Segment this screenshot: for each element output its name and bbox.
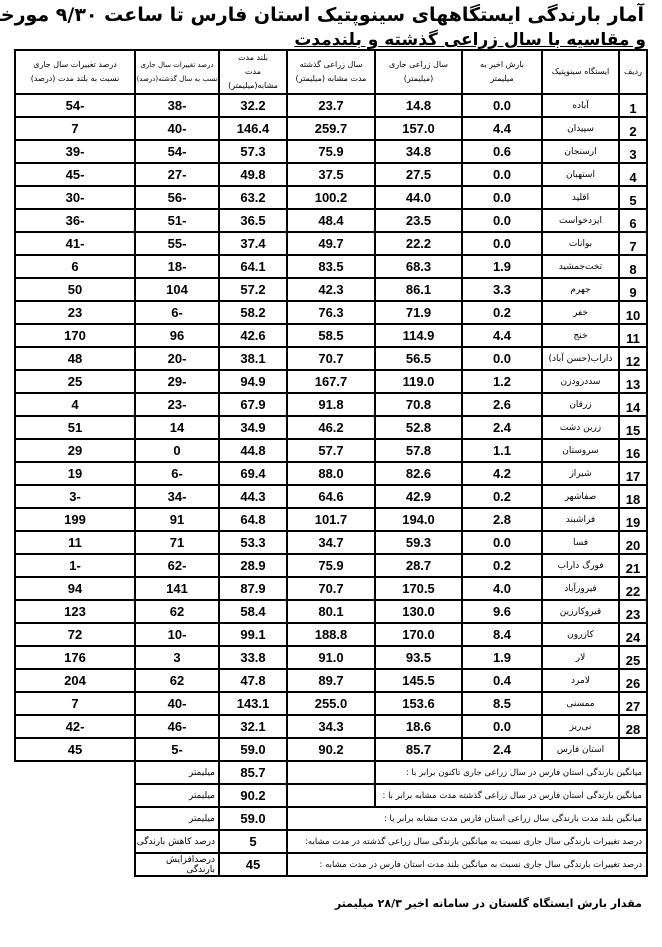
last-year: 57.7 <box>287 439 375 462</box>
row-number: 20 <box>619 531 647 554</box>
current-year: 14.8 <box>375 94 462 117</box>
station-name: کازرون <box>542 623 619 646</box>
long-term: 42.6 <box>219 324 287 347</box>
station-name: ایزدخواست <box>542 209 619 232</box>
last-year: 34.3 <box>287 715 375 738</box>
last-year: 70.7 <box>287 577 375 600</box>
page-title: آمار بارندگی ایستگاههای سینوپتیک استان ف… <box>0 4 644 26</box>
long-term: 57.2 <box>219 278 287 301</box>
row-number: 12 <box>619 347 647 370</box>
last-year: 101.7 <box>287 508 375 531</box>
station-name: خنج <box>542 324 619 347</box>
change-vs-long: 25 <box>15 370 135 393</box>
last-year: 34.7 <box>287 531 375 554</box>
change-vs-last: -23 <box>135 393 219 416</box>
change-vs-long: 11 <box>15 531 135 554</box>
long-term: 38.1 <box>219 347 287 370</box>
current-year: 52.8 <box>375 416 462 439</box>
summary-row: درصد تغییرات بارندگی سال جاری نسبت به می… <box>15 853 647 876</box>
row-number: 9 <box>619 278 647 301</box>
row-number: 26 <box>619 669 647 692</box>
row-number: 8 <box>619 255 647 278</box>
table-row: 12داراب(حسن آباد)0.056.570.738.1-2048 <box>15 347 647 370</box>
recent-rain: 2.8 <box>462 508 542 531</box>
change-vs-long: 176 <box>15 646 135 669</box>
row-number: 11 <box>619 324 647 347</box>
table-row: 5اقلید0.044.0100.263.2-56-30 <box>15 186 647 209</box>
change-vs-long: 45 <box>15 738 135 761</box>
recent-rain: 0.0 <box>462 186 542 209</box>
long-term: 64.1 <box>219 255 287 278</box>
recent-rain: 0.0 <box>462 531 542 554</box>
current-year: 153.6 <box>375 692 462 715</box>
change-vs-last: 91 <box>135 508 219 531</box>
last-year: 90.2 <box>287 738 375 761</box>
station-name: لار <box>542 646 619 669</box>
current-year: 170.0 <box>375 623 462 646</box>
station-name: جهرم <box>542 278 619 301</box>
current-year: 170.5 <box>375 577 462 600</box>
rainfall-table: ردیف ایستگاه سینوپتیک بارش اخیر بهمیلیمت… <box>14 49 648 877</box>
current-year: 44.0 <box>375 186 462 209</box>
last-year: 70.7 <box>287 347 375 370</box>
change-vs-long: 23 <box>15 301 135 324</box>
summary-empty-cell <box>287 761 375 784</box>
last-year: 188.8 <box>287 623 375 646</box>
table-row: 15زرین دشت2.452.846.234.91451 <box>15 416 647 439</box>
change-vs-long: -39 <box>15 140 135 163</box>
long-term: 59.0 <box>219 738 287 761</box>
long-term: 32.2 <box>219 94 287 117</box>
change-vs-long: 48 <box>15 347 135 370</box>
current-year: 70.8 <box>375 393 462 416</box>
row-number: 5 <box>619 186 647 209</box>
recent-rain: 4.0 <box>462 577 542 600</box>
current-year: 18.6 <box>375 715 462 738</box>
long-term: 47.8 <box>219 669 287 692</box>
table-row: 11خنج4.4114.958.542.696170 <box>15 324 647 347</box>
recent-rain: 2.4 <box>462 416 542 439</box>
current-year: 68.3 <box>375 255 462 278</box>
table-row: 6ایزدخواست0.023.548.436.5-51-36 <box>15 209 647 232</box>
long-term: 63.2 <box>219 186 287 209</box>
table-row: 22فیروزآباد4.0170.570.787.914194 <box>15 577 647 600</box>
change-vs-long: 50 <box>15 278 135 301</box>
recent-rain: 8.5 <box>462 692 542 715</box>
page-subtitle: و مقاسیه با سال زراعی گذشته و بلندمدت <box>294 30 646 50</box>
change-vs-last: -6 <box>135 462 219 485</box>
long-term: 58.4 <box>219 600 287 623</box>
header-long-term: بلند مدتمدت مشابه(میلیمتر) <box>219 50 287 94</box>
long-term: 53.3 <box>219 531 287 554</box>
summary-label: درصد تغییرات بارندگی سال جاری نسبت به می… <box>287 830 647 853</box>
change-vs-last: -20 <box>135 347 219 370</box>
row-number: 25 <box>619 646 647 669</box>
last-year: 75.9 <box>287 140 375 163</box>
row-number: 3 <box>619 140 647 163</box>
station-name: شیراز <box>542 462 619 485</box>
long-term: 69.4 <box>219 462 287 485</box>
long-term: 33.8 <box>219 646 287 669</box>
station-name: زرین دشت <box>542 416 619 439</box>
change-vs-last: -34 <box>135 485 219 508</box>
table-row: 9جهرم3.386.142.357.210450 <box>15 278 647 301</box>
change-vs-long: -36 <box>15 209 135 232</box>
change-vs-long: 72 <box>15 623 135 646</box>
last-year: 80.1 <box>287 600 375 623</box>
summary-value: 90.2 <box>219 784 287 807</box>
last-year: 42.3 <box>287 278 375 301</box>
table-row: 17شیراز4.282.688.069.4-619 <box>15 462 647 485</box>
station-name: قیروکارزین <box>542 600 619 623</box>
row-number: 10 <box>619 301 647 324</box>
row-number: 15 <box>619 416 647 439</box>
change-vs-last: -55 <box>135 232 219 255</box>
row-number: 4 <box>619 163 647 186</box>
change-vs-last: 62 <box>135 669 219 692</box>
current-year: 23.5 <box>375 209 462 232</box>
summary-value: 85.7 <box>219 761 287 784</box>
recent-rain: 1.2 <box>462 370 542 393</box>
current-year: 27.5 <box>375 163 462 186</box>
recent-rain: 0.2 <box>462 554 542 577</box>
change-vs-long: 6 <box>15 255 135 278</box>
row-number: 1 <box>619 94 647 117</box>
last-year: 91.8 <box>287 393 375 416</box>
header-current-year: سال زراعی جاری(میلیمتر) <box>375 50 462 94</box>
table-row: 25لار1.993.591.033.83176 <box>15 646 647 669</box>
recent-rain: 9.6 <box>462 600 542 623</box>
change-vs-long: -3 <box>15 485 135 508</box>
summary-unit: میلیمتر <box>135 761 219 784</box>
recent-rain: 0.4 <box>462 669 542 692</box>
recent-rain: 0.6 <box>462 140 542 163</box>
recent-rain: 2.6 <box>462 393 542 416</box>
header-change-vs-last: درصد تغییرات سال جارینسب به سال گذشته(در… <box>135 50 219 94</box>
station-name: استان فارس <box>542 738 619 761</box>
table-row: 23قیروکارزین9.6130.080.158.462123 <box>15 600 647 623</box>
station-name: سروستان <box>542 439 619 462</box>
row-number: 21 <box>619 554 647 577</box>
last-year: 100.2 <box>287 186 375 209</box>
recent-rain: 0.0 <box>462 347 542 370</box>
summary-row: میانگین بارندگی استان فارس در سال زراعی … <box>15 784 647 807</box>
row-number: 14 <box>619 393 647 416</box>
recent-rain: 8.4 <box>462 623 542 646</box>
current-year: 57.8 <box>375 439 462 462</box>
row-number: 24 <box>619 623 647 646</box>
last-year: 37.5 <box>287 163 375 186</box>
current-year: 42.9 <box>375 485 462 508</box>
summary-unit: درصدافزایش بارندگی <box>135 853 219 876</box>
summary-value: 45 <box>219 853 287 876</box>
change-vs-last: 62 <box>135 600 219 623</box>
change-vs-last: -10 <box>135 623 219 646</box>
last-year: 64.6 <box>287 485 375 508</box>
table-row: 7بوانات0.022.249.737.4-55-41 <box>15 232 647 255</box>
station-name: اقلید <box>542 186 619 209</box>
station-name: خفر <box>542 301 619 324</box>
current-year: 56.5 <box>375 347 462 370</box>
table-row: 24کازرون8.4170.0188.899.1-1072 <box>15 623 647 646</box>
table-row: 18صفاشهر0.242.964.644.3-34-3 <box>15 485 647 508</box>
current-year: 145.5 <box>375 669 462 692</box>
change-vs-long: -45 <box>15 163 135 186</box>
table-row: 13سددرودزن1.2119.0167.794.9-2925 <box>15 370 647 393</box>
last-year: 23.7 <box>287 94 375 117</box>
change-vs-long: 4 <box>15 393 135 416</box>
table-row: 20فسا0.059.334.753.37111 <box>15 531 647 554</box>
current-year: 22.2 <box>375 232 462 255</box>
long-term: 44.8 <box>219 439 287 462</box>
summary-value: 5 <box>219 830 287 853</box>
change-vs-last: -29 <box>135 370 219 393</box>
change-vs-long: -1 <box>15 554 135 577</box>
current-year: 130.0 <box>375 600 462 623</box>
long-term: 44.3 <box>219 485 287 508</box>
change-vs-last: -5 <box>135 738 219 761</box>
table-row: 10خفر0.271.976.358.2-623 <box>15 301 647 324</box>
change-vs-long: -54 <box>15 94 135 117</box>
row-number: 17 <box>619 462 647 485</box>
long-term: 58.2 <box>219 301 287 324</box>
change-vs-last: -62 <box>135 554 219 577</box>
table-row: 19فراشبند2.8194.0101.764.891199 <box>15 508 647 531</box>
current-year: 86.1 <box>375 278 462 301</box>
change-vs-last: 96 <box>135 324 219 347</box>
change-vs-last: -40 <box>135 117 219 140</box>
change-vs-last: -54 <box>135 140 219 163</box>
change-vs-long: 204 <box>15 669 135 692</box>
change-vs-last: -40 <box>135 692 219 715</box>
last-year: 89.7 <box>287 669 375 692</box>
table-row: 3ارسنجان0.634.875.957.3-54-39 <box>15 140 647 163</box>
change-vs-last: -18 <box>135 255 219 278</box>
current-year: 114.9 <box>375 324 462 347</box>
table-row: 27ممسنی8.5153.6255.0143.1-407 <box>15 692 647 715</box>
long-term: 67.9 <box>219 393 287 416</box>
station-name: داراب(حسن آباد) <box>542 347 619 370</box>
summary-empty-cell <box>287 784 375 807</box>
summary-row: درصد تغییرات بارندگی سال جاری نسبت به می… <box>15 830 647 853</box>
station-name: سپیدان <box>542 117 619 140</box>
header-station: ایستگاه سینوپتیک <box>542 50 619 94</box>
last-year: 76.3 <box>287 301 375 324</box>
current-year: 71.9 <box>375 301 462 324</box>
change-vs-last: -6 <box>135 301 219 324</box>
recent-rain: 3.3 <box>462 278 542 301</box>
recent-rain: 0.0 <box>462 715 542 738</box>
change-vs-last: 0 <box>135 439 219 462</box>
long-term: 37.4 <box>219 232 287 255</box>
header-last-year: سال زراعی گذشتهمدت مشابه (میلیمتر) <box>287 50 375 94</box>
recent-rain: 0.2 <box>462 485 542 508</box>
table-row: 1آباده0.014.823.732.2-38-54 <box>15 94 647 117</box>
long-term: 87.9 <box>219 577 287 600</box>
recent-rain: 0.0 <box>462 232 542 255</box>
station-name: لامرد <box>542 669 619 692</box>
recent-rain: 0.0 <box>462 163 542 186</box>
summary-unit: میلیمتر <box>135 784 219 807</box>
table-body: 1آباده0.014.823.732.2-38-542سپیدان4.4157… <box>15 94 647 876</box>
footer-note: مقدار بارش ایستگاه گلستان در سامانه اخیر… <box>335 897 642 910</box>
station-name: فورگ داراب <box>542 554 619 577</box>
table-row: 26لامرد0.4145.589.747.862204 <box>15 669 647 692</box>
change-vs-last: 14 <box>135 416 219 439</box>
last-year: 255.0 <box>287 692 375 715</box>
row-number: 6 <box>619 209 647 232</box>
change-vs-last: -56 <box>135 186 219 209</box>
station-name: فسا <box>542 531 619 554</box>
station-name: بوانات <box>542 232 619 255</box>
row-number: 23 <box>619 600 647 623</box>
row-number: 22 <box>619 577 647 600</box>
long-term: 64.8 <box>219 508 287 531</box>
current-year: 93.5 <box>375 646 462 669</box>
change-vs-long: 94 <box>15 577 135 600</box>
change-vs-last: 71 <box>135 531 219 554</box>
row-number: 27 <box>619 692 647 715</box>
row-number: 18 <box>619 485 647 508</box>
last-year: 88.0 <box>287 462 375 485</box>
change-vs-last: 141 <box>135 577 219 600</box>
current-year: 194.0 <box>375 508 462 531</box>
row-number: 16 <box>619 439 647 462</box>
header-recent-rain: بارش اخیر بهمیلیمتر <box>462 50 542 94</box>
long-term: 34.9 <box>219 416 287 439</box>
table-row: 21فورگ داراب0.228.775.928.9-62-1 <box>15 554 647 577</box>
change-vs-long: 7 <box>15 117 135 140</box>
change-vs-long: 51 <box>15 416 135 439</box>
current-year: 59.3 <box>375 531 462 554</box>
header-change-vs-long: درصد تغییرات سال جارینسبت به بلند مدت (د… <box>15 50 135 94</box>
table-row: 2سپیدان4.4157.0259.7146.4-407 <box>15 117 647 140</box>
change-vs-last: -27 <box>135 163 219 186</box>
recent-rain: 0.0 <box>462 209 542 232</box>
table-row: 8تخت‌جمشید1.968.383.564.1-186 <box>15 255 647 278</box>
recent-rain: 1.9 <box>462 646 542 669</box>
recent-rain: 1.1 <box>462 439 542 462</box>
summary-label: درصد تغییرات بارندگی سال جاری نسبت به می… <box>287 853 647 876</box>
change-vs-long: -42 <box>15 715 135 738</box>
long-term: 146.4 <box>219 117 287 140</box>
current-year: 82.6 <box>375 462 462 485</box>
current-year: 34.8 <box>375 140 462 163</box>
change-vs-long: 7 <box>15 692 135 715</box>
current-year: 157.0 <box>375 117 462 140</box>
station-name: زرقان <box>542 393 619 416</box>
last-year: 83.5 <box>287 255 375 278</box>
station-name: صفاشهر <box>542 485 619 508</box>
change-vs-long: 19 <box>15 462 135 485</box>
long-term: 32.1 <box>219 715 287 738</box>
last-year: 167.7 <box>287 370 375 393</box>
long-term: 28.9 <box>219 554 287 577</box>
summary-label: میانگین بارندگی استان فارس در سال زراعی … <box>375 761 647 784</box>
long-term: 143.1 <box>219 692 287 715</box>
summary-unit: میلیمتر <box>135 807 219 830</box>
change-vs-long: 170 <box>15 324 135 347</box>
table-row: 14زرقان2.670.891.867.9-234 <box>15 393 647 416</box>
recent-rain: 1.9 <box>462 255 542 278</box>
last-year: 259.7 <box>287 117 375 140</box>
long-term: 49.8 <box>219 163 287 186</box>
change-vs-long: -30 <box>15 186 135 209</box>
last-year: 48.4 <box>287 209 375 232</box>
change-vs-long: 29 <box>15 439 135 462</box>
recent-rain: 0.0 <box>462 94 542 117</box>
row-number: 28 <box>619 715 647 738</box>
last-year: 46.2 <box>287 416 375 439</box>
summary-row: میانگین بلند مدت بارندگی سال زراعی استان… <box>15 807 647 830</box>
recent-rain: 2.4 <box>462 738 542 761</box>
change-vs-last: 3 <box>135 646 219 669</box>
station-name: فراشبند <box>542 508 619 531</box>
recent-rain: 4.2 <box>462 462 542 485</box>
summary-unit: درصد کاهش بارندگی <box>135 830 219 853</box>
station-name: نی‌ریز <box>542 715 619 738</box>
last-year: 49.7 <box>287 232 375 255</box>
summary-label: میانگین بارندگی استان فارس در سال زراعی … <box>375 784 647 807</box>
header-row: ردیف ایستگاه سینوپتیک بارش اخیر بهمیلیمت… <box>15 50 647 94</box>
table-row: 4استهبان0.027.537.549.8-27-45 <box>15 163 647 186</box>
change-vs-long: 123 <box>15 600 135 623</box>
province-total-row: استان فارس2.485.790.259.0-545 <box>15 738 647 761</box>
station-name: آباده <box>542 94 619 117</box>
last-year: 58.5 <box>287 324 375 347</box>
row-number <box>619 738 647 761</box>
station-name: ممسنی <box>542 692 619 715</box>
row-number: 19 <box>619 508 647 531</box>
table-row: 16سروستان1.157.857.744.8029 <box>15 439 647 462</box>
long-term: 36.5 <box>219 209 287 232</box>
long-term: 99.1 <box>219 623 287 646</box>
change-vs-long: 199 <box>15 508 135 531</box>
row-number: 2 <box>619 117 647 140</box>
recent-rain: 4.4 <box>462 324 542 347</box>
long-term: 57.3 <box>219 140 287 163</box>
summary-row: میانگین بارندگی استان فارس در سال زراعی … <box>15 761 647 784</box>
station-name: استهبان <box>542 163 619 186</box>
station-name: تخت‌جمشید <box>542 255 619 278</box>
current-year: 28.7 <box>375 554 462 577</box>
change-vs-last: -46 <box>135 715 219 738</box>
summary-label: میانگین بلند مدت بارندگی سال زراعی استان… <box>287 807 647 830</box>
change-vs-last: 104 <box>135 278 219 301</box>
station-name: فیروزآباد <box>542 577 619 600</box>
change-vs-long: -41 <box>15 232 135 255</box>
long-term: 94.9 <box>219 370 287 393</box>
recent-rain: 0.2 <box>462 301 542 324</box>
table-row: 28نی‌ریز0.018.634.332.1-46-42 <box>15 715 647 738</box>
station-name: ارسنجان <box>542 140 619 163</box>
last-year: 75.9 <box>287 554 375 577</box>
last-year: 91.0 <box>287 646 375 669</box>
row-number: 13 <box>619 370 647 393</box>
change-vs-last: -38 <box>135 94 219 117</box>
summary-value: 59.0 <box>219 807 287 830</box>
row-number: 7 <box>619 232 647 255</box>
header-row-number: ردیف <box>619 50 647 94</box>
change-vs-last: -51 <box>135 209 219 232</box>
current-year: 119.0 <box>375 370 462 393</box>
current-year: 85.7 <box>375 738 462 761</box>
station-name: سددرودزن <box>542 370 619 393</box>
recent-rain: 4.4 <box>462 117 542 140</box>
